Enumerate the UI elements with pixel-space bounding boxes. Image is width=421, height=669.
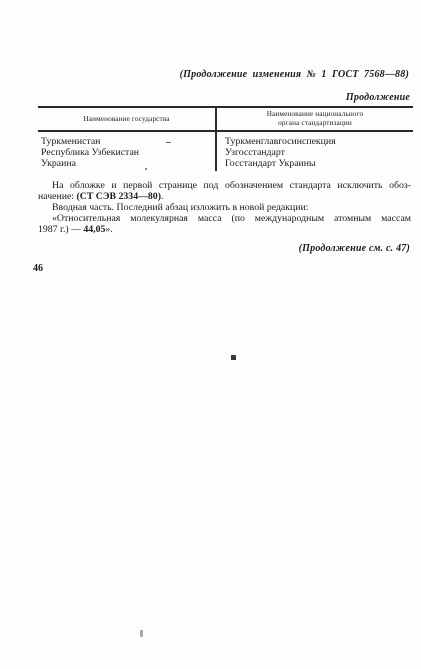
standards-table: Наименование государства Наименование на… <box>38 106 413 171</box>
org-cell: Госстандарт Украины <box>225 158 316 169</box>
body-line-4: «Относительная молекулярная масса (по ме… <box>38 213 411 224</box>
scan-speck <box>145 168 147 170</box>
scanned-document-page: (Продолжение изменения № 1 ГОСТ 7568—88)… <box>0 0 421 669</box>
state-cell: Туркменистан <box>41 136 100 147</box>
table-row: Украина Госстандарт Украины <box>38 158 413 169</box>
body-line-5-normal: 1987 г.) — <box>38 224 83 235</box>
designation-bold: (СТ СЭВ 2334—80) <box>76 191 160 202</box>
org-cell: Узгосстандарт <box>225 147 285 158</box>
body-line-3: Вводная часть. Последний абзац изложить … <box>38 202 411 213</box>
scan-speck <box>166 142 171 143</box>
table-row: Туркменистан Туркменглавгосинспекция <box>38 136 413 147</box>
page-number: 46 <box>33 263 43 274</box>
state-cell: Украина <box>41 158 76 169</box>
continuation-label: Продолжение <box>346 92 410 103</box>
scan-speck <box>231 355 236 360</box>
table-header-org: Наименование национального органа станда… <box>217 108 413 130</box>
table-header-state: Наименование государства <box>38 108 215 130</box>
table-header-org-line1: Наименование национального <box>267 110 364 119</box>
continuation-see-note: (Продолжение см. с. 47) <box>299 243 410 254</box>
body-line-2: начение: (СТ СЭВ 2334—80). <box>38 191 411 202</box>
body-line-5: 1987 г.) — 44,05». <box>38 224 411 235</box>
org-cell: Туркменглавгосинспекция <box>225 136 336 147</box>
amendment-body-text: На обложке и первой странице под обознач… <box>38 180 411 235</box>
body-line-2-normal: начение: <box>38 191 76 202</box>
body-line-1: На обложке и первой странице под обознач… <box>38 180 411 191</box>
body-line-2-tail: . <box>161 191 163 202</box>
molecular-mass-bold: 44,05 <box>83 224 105 235</box>
state-cell: Республика Узбекистан <box>41 147 139 158</box>
table-header-org-line2: органа стандартизации <box>278 119 352 128</box>
continuation-note: (Продолжение изменения № 1 ГОСТ 7568—88) <box>180 69 409 80</box>
table-body: Туркменистан Туркменглавгосинспекция Рес… <box>38 132 413 169</box>
scan-speck <box>140 630 143 637</box>
body-line-5-tail: ». <box>105 224 112 235</box>
table-row: Республика Узбекистан Узгосстандарт <box>38 147 413 158</box>
